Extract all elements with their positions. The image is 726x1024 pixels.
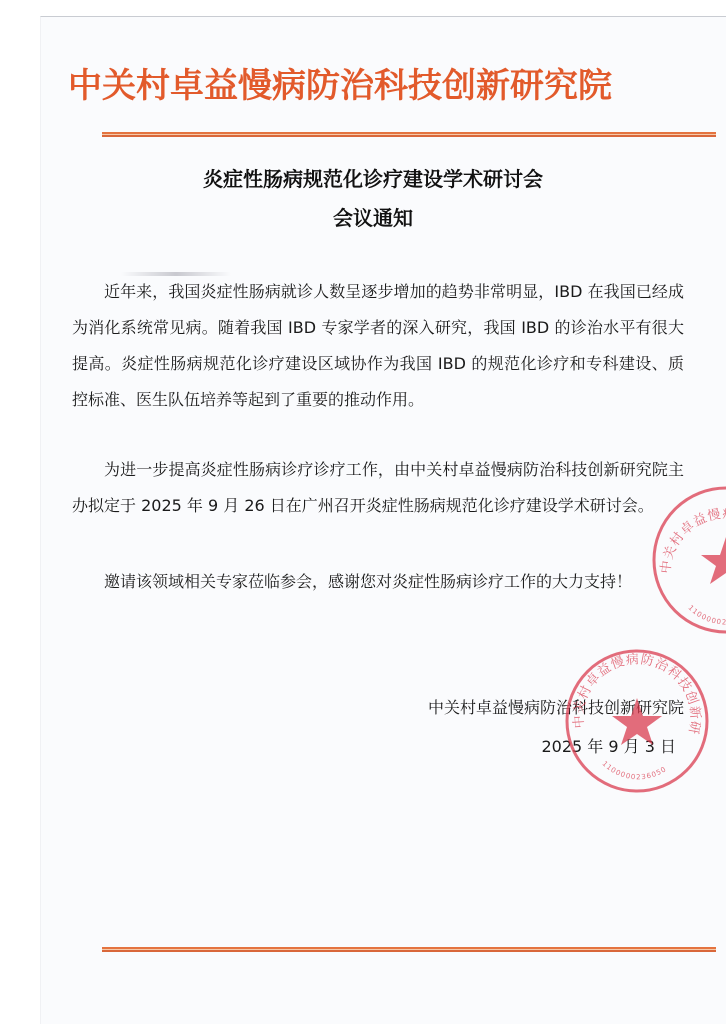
letterhead-org-name: 中关村卓益慢病防治科技创新研究院 xyxy=(68,58,688,107)
body-paragraph-3: 邀请该领域相关专家莅临参会，感谢您对炎症性肠病诊疗工作的大力支持！ xyxy=(72,564,684,600)
footer-divider xyxy=(102,947,716,952)
signature-date: 2025 年 9 月 3 日 xyxy=(541,734,676,757)
signature-org-name: 中关村卓益慢病防治科技创新研究院 xyxy=(428,695,684,718)
body-paragraph-1: 近年来，我国炎症性肠病就诊人数呈逐步增加的趋势非常明显，IBD 在我国已经成为消… xyxy=(72,274,684,418)
document-subtitle: 会议通知 xyxy=(10,202,726,231)
document-title: 炎症性肠病规范化诊疗建设学术研讨会 xyxy=(10,163,726,192)
letterhead-divider xyxy=(102,132,716,137)
body-paragraph-2: 为进一步提高炎症性肠病诊疗诊疗工作，由中关村卓益慢病防治科技创新研究院主办拟定于… xyxy=(72,452,684,524)
paragraph-text: 为进一步提高炎症性肠病诊疗诊疗工作，由中关村卓益慢病防治科技创新研究院主办拟定于… xyxy=(72,452,684,524)
paragraph-text: 邀请该领域相关专家莅临参会，感谢您对炎症性肠病诊疗工作的大力支持！ xyxy=(72,564,684,600)
paragraph-text: 近年来，我国炎症性肠病就诊人数呈逐步增加的趋势非常明显，IBD 在我国已经成为消… xyxy=(72,274,684,418)
